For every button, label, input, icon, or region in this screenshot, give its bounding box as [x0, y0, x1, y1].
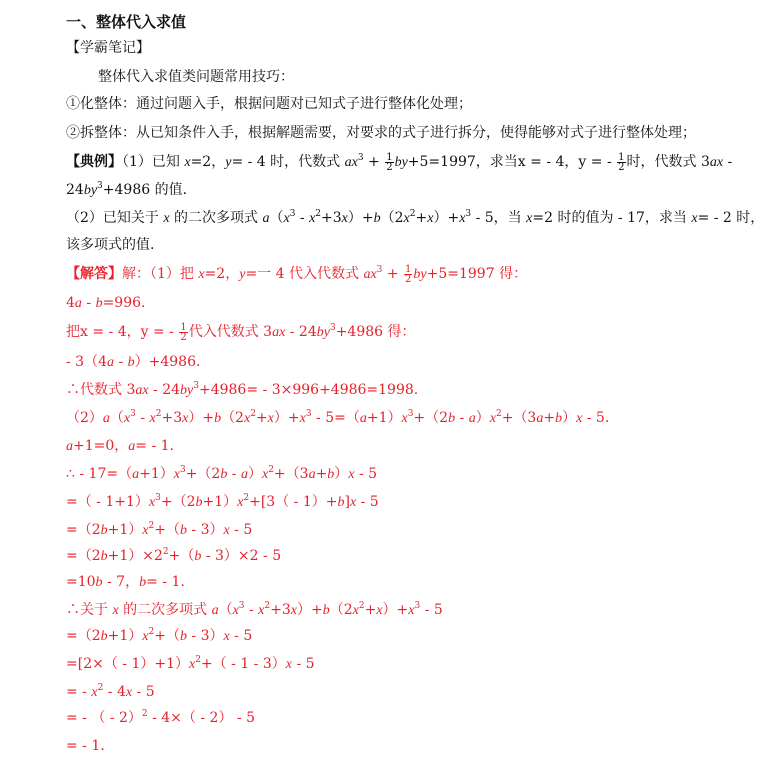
example-part2-line1: （2）已知关于 x 的二次多项式 a（x3 - x2+3x）+b（2x2+x）+…	[66, 208, 764, 229]
solution-line: ∴代数式 3ax - 24by3+4986= - 3×996+4986=1998…	[66, 380, 418, 401]
solution-line: =[2×（ - 1）+1）x2+（ - 1 - 3）x - 5	[66, 654, 315, 675]
solution-line: （2）a（x3 - x2+3x）+b（2x2+x）+x3 - 5=（a+1）x3…	[66, 408, 609, 429]
solution-line: ∴关于 x 的二次多项式 a（x3 - x2+3x）+b（2x2+x）+x3 -…	[66, 600, 443, 621]
solution-line: =（2b+1）x2+（b - 3）x - 5	[66, 626, 252, 647]
solution-line: - 3（4a - b）+4986.	[66, 352, 200, 373]
fraction: 12	[404, 265, 412, 284]
solution-line: a+1=0，a= - 1.	[66, 436, 174, 457]
solution-line: = - （ - 2）2 - 4×（ - 2） - 5	[66, 708, 255, 728]
example-text: （1）已知	[122, 154, 184, 170]
solution-line: =（2b+1）x2+（b - 3）x - 5	[66, 520, 252, 541]
example-part1-line2: 24by3+4986 的值.	[66, 180, 187, 201]
example-text: y	[225, 155, 231, 170]
notes-tip-2: ②拆整体：从已知条件入手，根据解题需要，对要求的式子进行拆分，使得能够对式子进行…	[66, 123, 696, 143]
solution-line: =10b - 7，b= - 1.	[66, 572, 185, 593]
solution-label: 【解答】	[66, 266, 122, 282]
solution-line: 4a - b=996.	[66, 293, 145, 314]
solution-line: 把x = - 4，y = - 12代入代数式 3ax - 24by3+4986 …	[66, 322, 416, 343]
example-text: +4986 的值.	[103, 182, 187, 198]
solution-line: ∴ - 17=（a+1）x3+（2b - a）x2+（3a+b）x - 5	[66, 464, 377, 485]
notes-header: 【学霸笔记】	[66, 38, 150, 58]
fraction: 12	[179, 323, 187, 342]
fraction: 12	[617, 153, 625, 172]
example-part1-line1: 【典例】（1）已知 x=2，y= - 4 时，代数式 ax3 + 12by+5=…	[66, 152, 732, 173]
solution-line: =（ - 1+1）x3+（2b+1）x2+[3（ - 1）+b]x - 5	[66, 492, 379, 513]
solution-line: = - x2 - 4x - 5	[66, 682, 155, 703]
notes-intro: 整体代入求值类问题常用技巧：	[98, 67, 294, 87]
example-part2-line2: 该多项式的值.	[66, 235, 154, 255]
solution-line: 【解答】解：（1）把 x=2，y=一 4 代入代数式 ax3 + 12by+5=…	[66, 264, 527, 285]
example-text: x	[184, 155, 190, 170]
section-title: 一、整体代入求值	[66, 12, 186, 32]
example-label: 【典例】	[66, 154, 122, 170]
fraction: 12	[385, 153, 393, 172]
solution-line: = - 1.	[66, 736, 105, 756]
notes-tip-1: ①化整体：通过问题入手，根据问题对已知式子进行整体化处理；	[66, 94, 472, 114]
solution-line: =（2b+1）×22+（b - 3）×2 - 5	[66, 546, 281, 567]
example-text: ax	[345, 155, 358, 170]
